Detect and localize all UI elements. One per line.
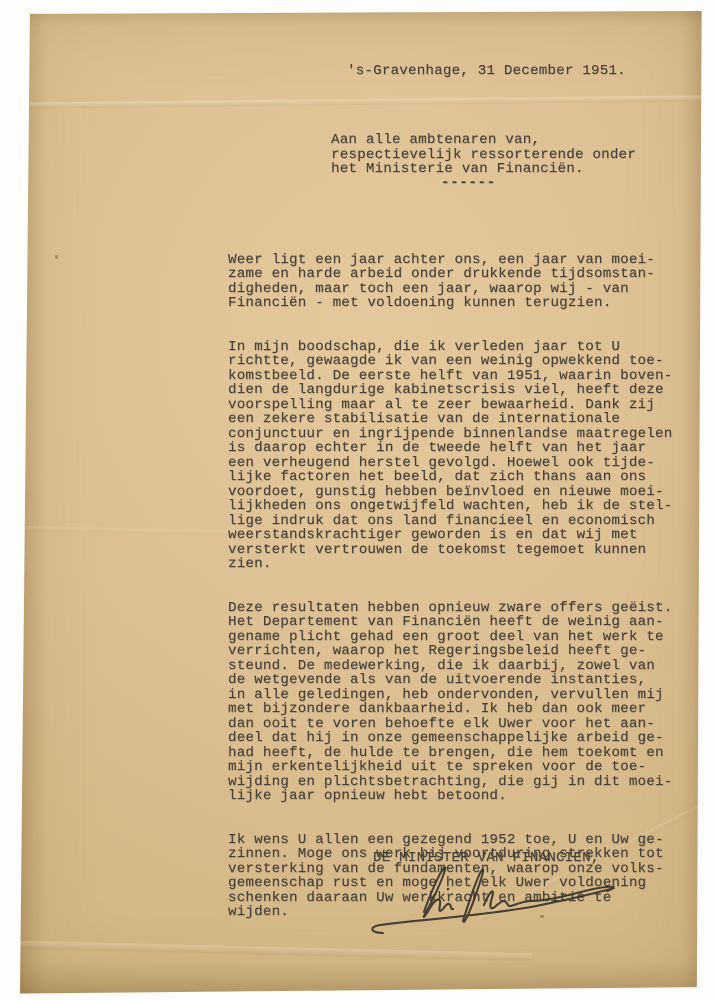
signature-svg (360, 860, 640, 945)
divider-dashes: ------ (331, 176, 496, 191)
paper-crease (19, 95, 703, 108)
signature-handwriting (360, 860, 640, 945)
scanned-letter: 's-Gravenhage, 31 December 1951. Aan all… (0, 0, 714, 1000)
paper-shading-bottom (19, 961, 703, 995)
paper-speck (55, 255, 58, 259)
letter-body: Weer ligt een jaar achter ons, een jaar … (228, 238, 680, 934)
paragraph: In mijn boodschap, die ik verleden jaar … (228, 340, 680, 572)
dateline: 's-Gravenhage, 31 December 1951. (347, 64, 626, 79)
recipient-block: Aan alle ambtenaren van, respectievelijk… (331, 133, 636, 177)
paper-shading-left (19, 9, 47, 995)
paragraph: Deze resultaten hebben opnieuw zware off… (228, 601, 680, 804)
paragraph: Weer ligt een jaar achter ons, een jaar … (228, 253, 680, 311)
paper-shading-right (681, 9, 703, 995)
letter-paper: 's-Gravenhage, 31 December 1951. Aan all… (19, 9, 703, 995)
paper-shading-top (19, 9, 703, 27)
